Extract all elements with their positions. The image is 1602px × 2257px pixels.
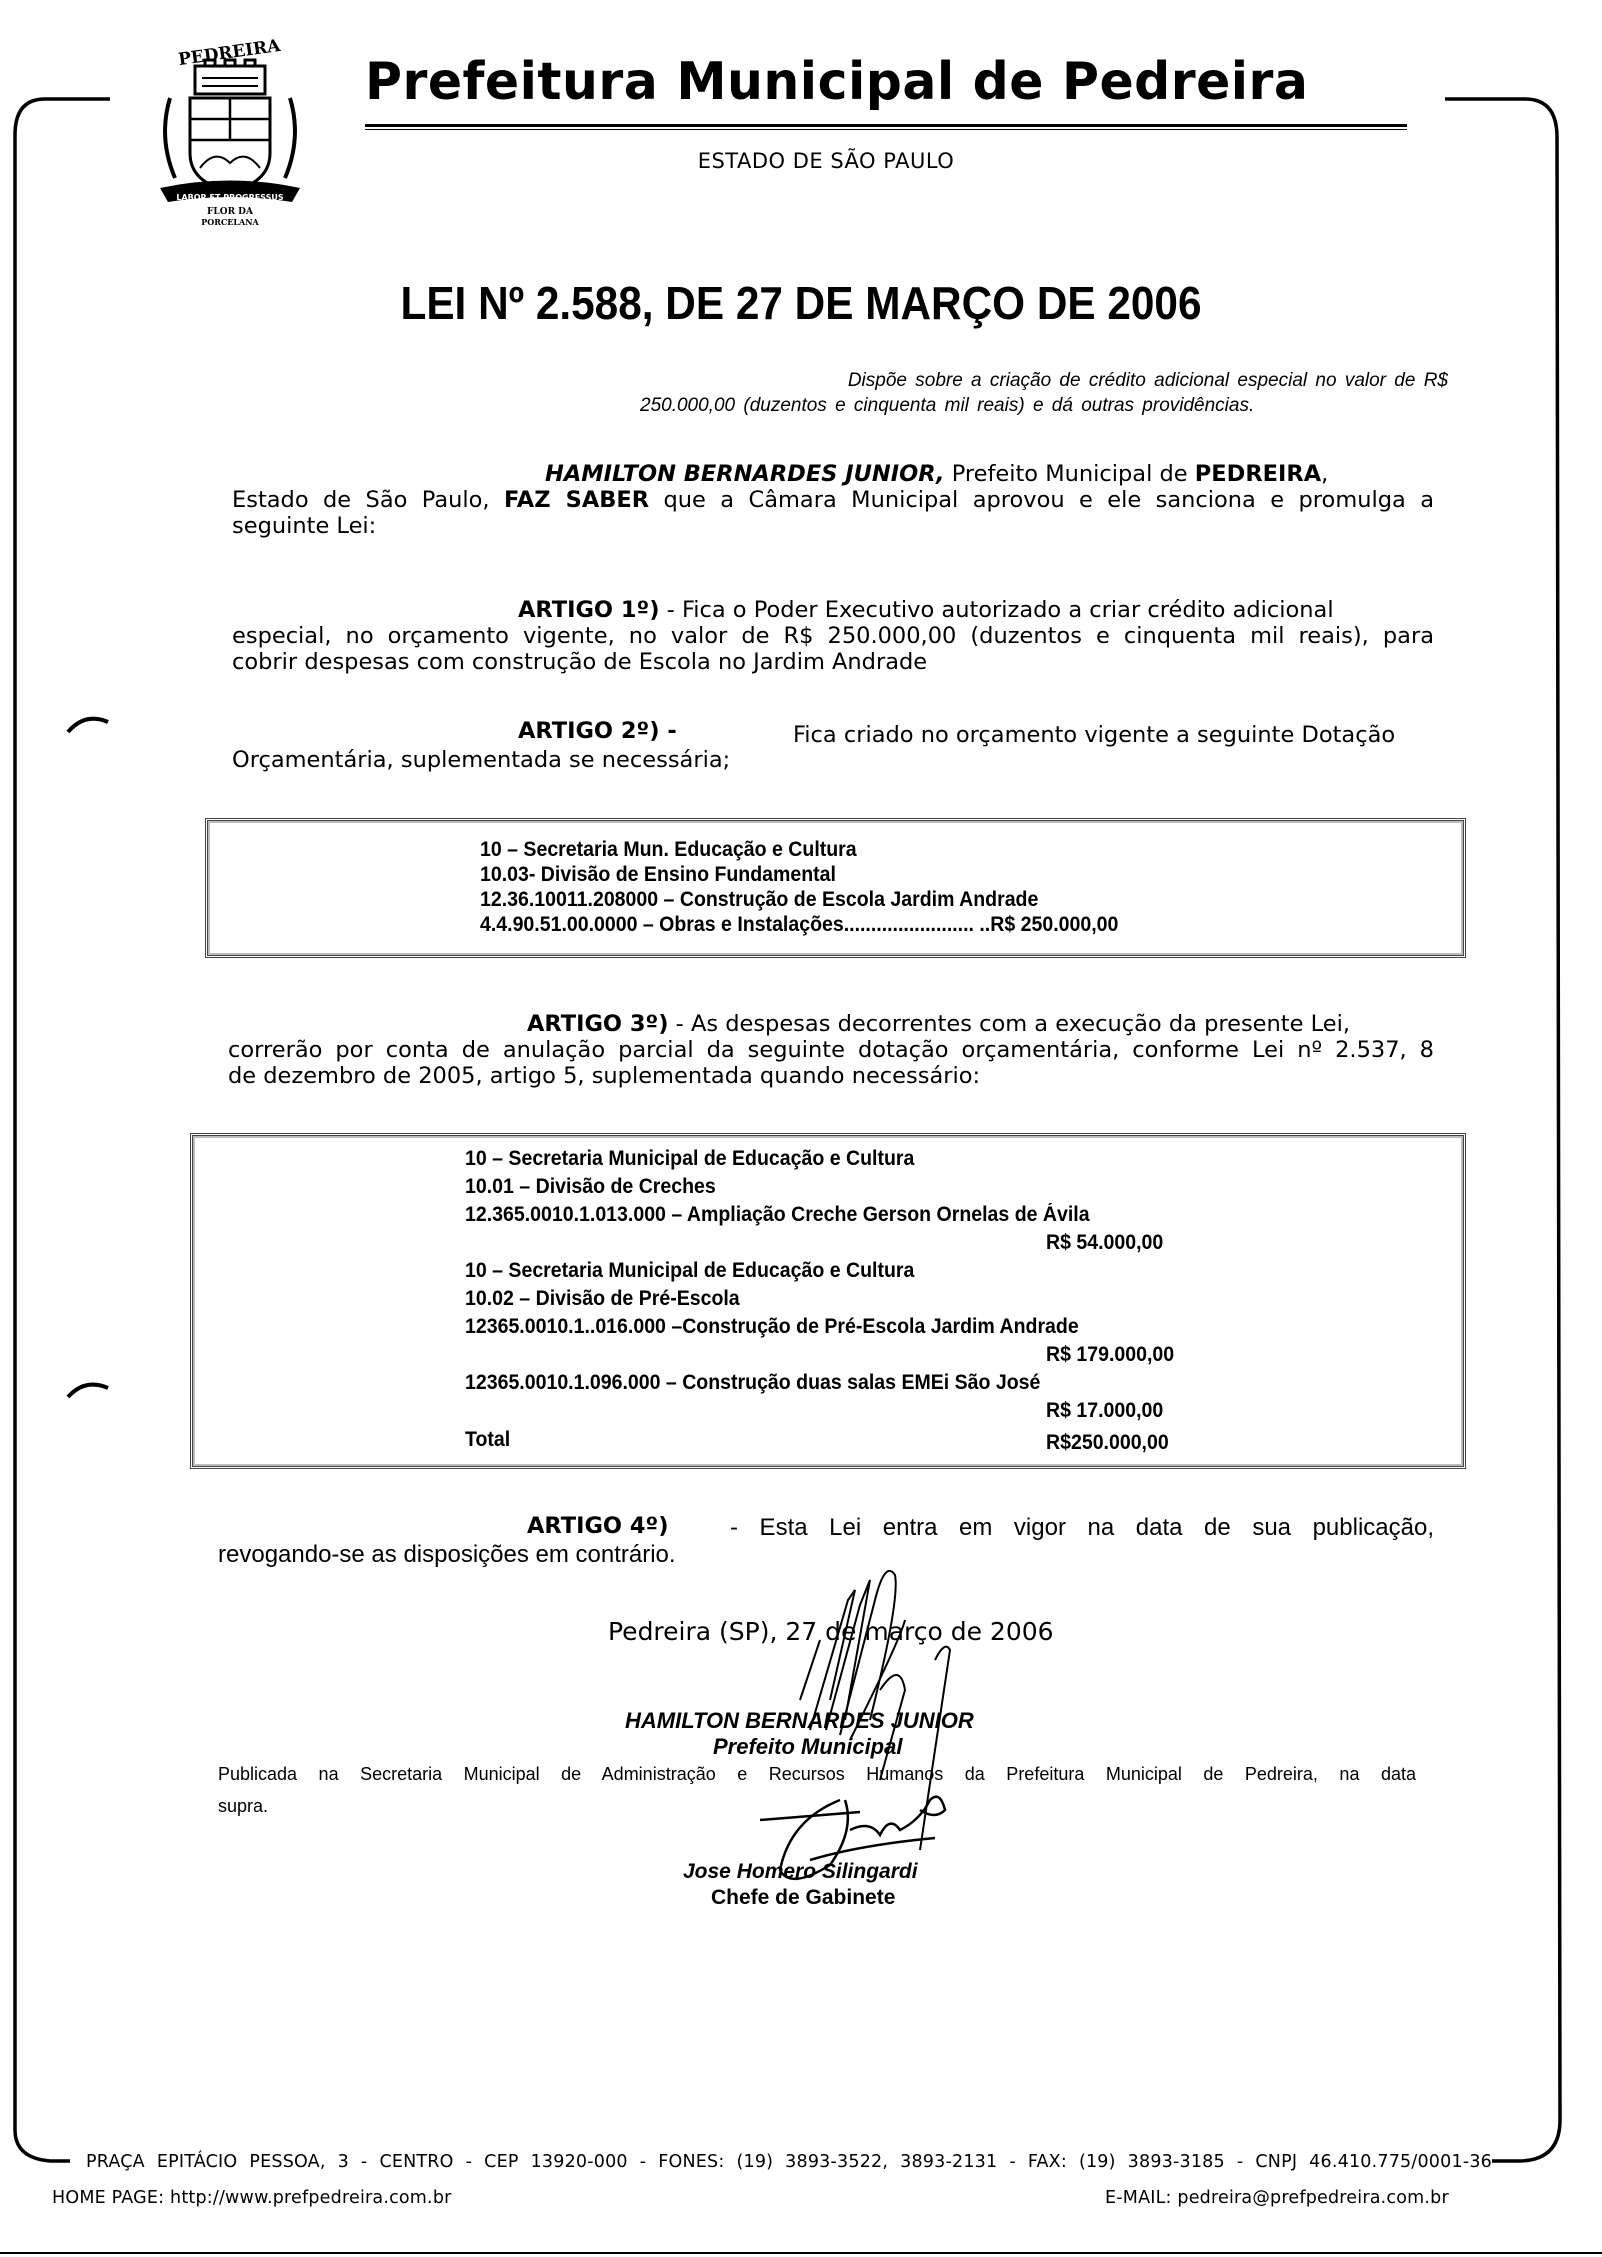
footer-email[interactable]: E-MAIL: pedreira@prefpedreira.com.br — [1105, 2188, 1449, 2208]
handwritten-signature-icon — [0, 0, 1602, 2257]
footer-address: PRAÇA EPITÁCIO PESSOA, 3 - CENTRO - CEP … — [86, 2152, 1492, 2172]
footer-homepage[interactable]: HOME PAGE: http://www.prefpedreira.com.b… — [52, 2188, 452, 2208]
